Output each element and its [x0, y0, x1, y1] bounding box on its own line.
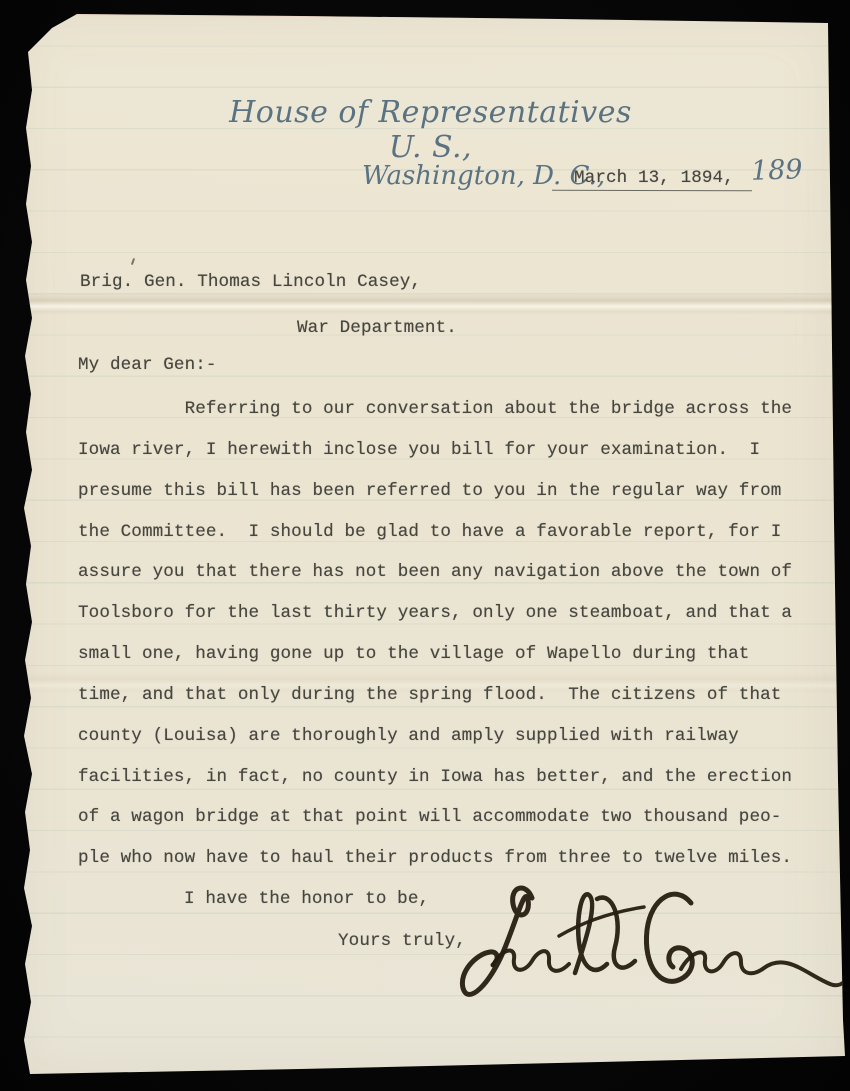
- salutation: My dear Gen:-: [78, 355, 217, 375]
- body-line: county (Louisa) are thoroughly and amply…: [78, 726, 826, 767]
- body-line: of a wagon bridge at that point will acc…: [78, 807, 826, 848]
- stray-pen-mark: [131, 258, 135, 265]
- body-line: Iowa river, I herewith inclose you bill …: [78, 440, 826, 481]
- letter-body: Referring to our conversation about the …: [78, 399, 826, 889]
- typed-date: March 13, 1894,: [574, 168, 734, 188]
- date-blank-line: [552, 190, 752, 192]
- body-line: assure you that there has not been any n…: [78, 562, 826, 603]
- photo-background: House of Representatives U. S., Washingt…: [0, 0, 850, 1091]
- paper-top-edge-highlight: [70, 12, 828, 20]
- letterhead-title: House of Representatives U. S.,: [213, 95, 648, 165]
- body-line: Referring to our conversation about the …: [78, 399, 826, 440]
- body-line: facilities, in fact, no county in Iowa h…: [78, 767, 826, 808]
- letter-sheet: House of Representatives U. S., Washingt…: [0, 0, 850, 1091]
- body-line: Toolsboro for the last thirty years, onl…: [78, 603, 826, 644]
- body-line: the Committee. I should be glad to have …: [78, 522, 826, 563]
- body-line: presume this bill has been referred to y…: [78, 481, 826, 522]
- body-line: time, and that only during the spring fl…: [78, 685, 826, 726]
- letterhead-place: Washington, D. C.,: [362, 161, 605, 191]
- printed-year-stub: 189: [750, 154, 803, 187]
- fold-crease-upper: [0, 293, 850, 315]
- recipient-name: Brig. Gen. Thomas Lincoln Casey,: [80, 272, 421, 292]
- body-line: small one, having gone up to the village…: [78, 644, 826, 685]
- closing-honor-line: I have the honor to be,: [184, 889, 429, 909]
- recipient-department: War Department.: [297, 318, 457, 338]
- signature-jno-h-gear: [428, 876, 850, 1022]
